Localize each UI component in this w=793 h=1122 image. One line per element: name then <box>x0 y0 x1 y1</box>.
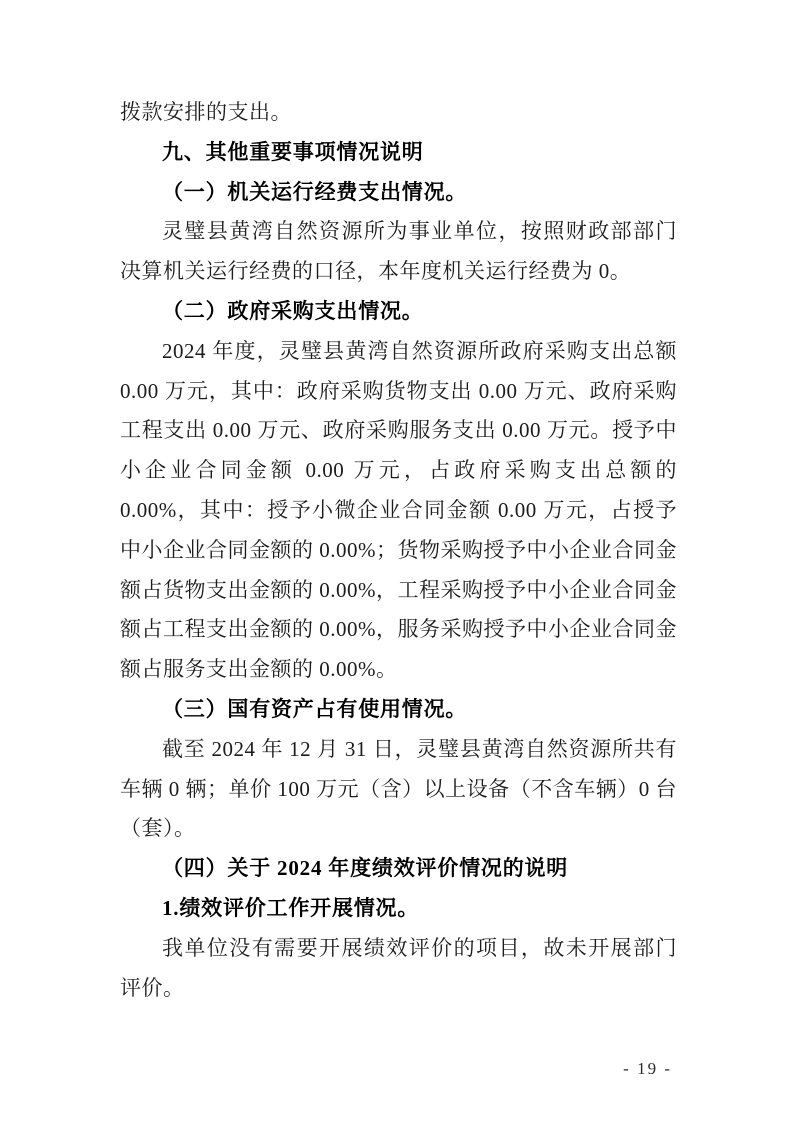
subheading-performance-evaluation: 1.绩效评价工作开展情况。 <box>120 889 677 929</box>
subsection-heading-two: （二）政府采购支出情况。 <box>120 292 677 332</box>
paragraph-continuation: 拨款安排的支出。 <box>120 93 677 133</box>
subsection-heading-three: （三）国有资产占有使用情况。 <box>120 690 677 730</box>
subsection-heading-four: （四）关于 2024 年度绩效评价情况的说明 <box>120 849 677 889</box>
section-heading-nine: 九、其他重要事项情况说明 <box>120 133 677 173</box>
document-page: 拨款安排的支出。 九、其他重要事项情况说明 （一）机关运行经费支出情况。 灵璧县… <box>0 0 793 1122</box>
paragraph-government-procurement: 2024 年度，灵璧县黄湾自然资源所政府采购支出总额 0.00 万元，其中：政府… <box>120 332 677 690</box>
subsection-heading-one: （一）机关运行经费支出情况。 <box>120 173 677 213</box>
paragraph-operating-expenses: 灵璧县黄湾自然资源所为事业单位，按照财政部部门决算机关运行经费的口径，本年度机关… <box>120 212 677 292</box>
page-number: - 19 - <box>623 1059 672 1079</box>
text-column: 拨款安排的支出。 九、其他重要事项情况说明 （一）机关运行经费支出情况。 灵璧县… <box>120 93 677 1008</box>
paragraph-performance-evaluation: 我单位没有需要开展绩效评价的项目，故未开展部门评价。 <box>120 929 677 1009</box>
paragraph-state-assets: 截至 2024 年 12 月 31 日，灵璧县黄湾自然资源所共有车辆 0 辆；单… <box>120 730 677 849</box>
